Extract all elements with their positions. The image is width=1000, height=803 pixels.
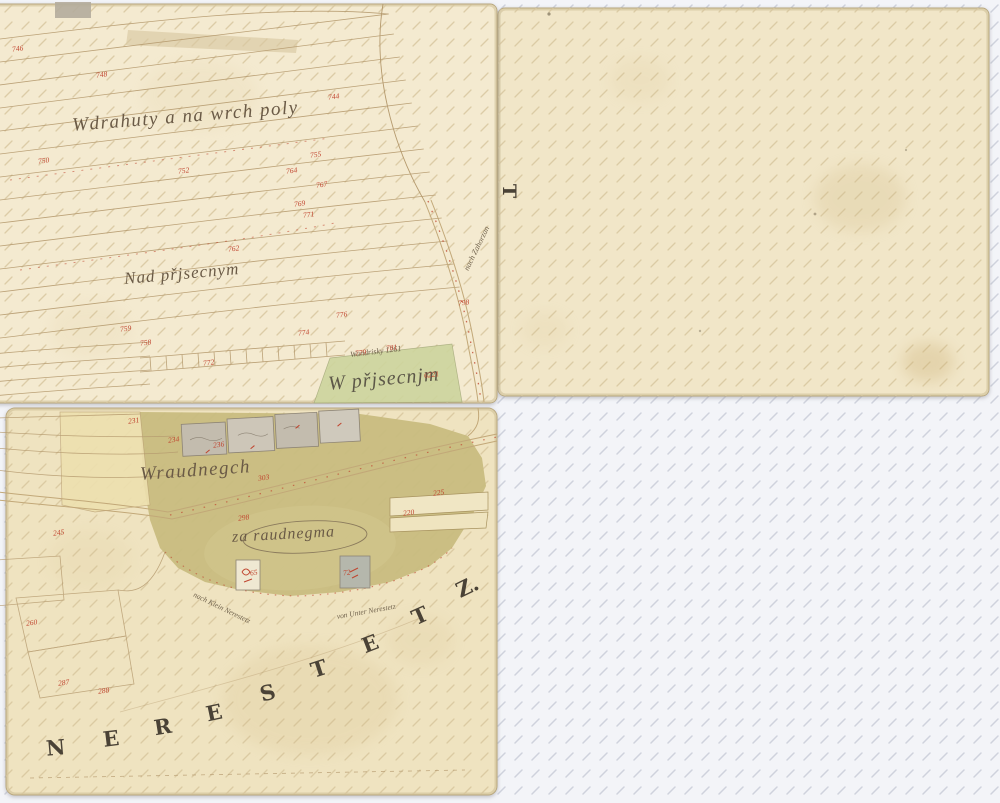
parcel-number: 767	[315, 179, 327, 189]
parcel-number: 769	[293, 198, 305, 208]
sheet-margin-mark-t: T	[498, 184, 520, 198]
parcel-number: 245	[52, 527, 64, 537]
parcel-number: 755	[309, 149, 321, 159]
parcel-number: 759	[119, 323, 131, 333]
sheet-top-left	[0, 2, 497, 403]
parcel-number: 260	[25, 617, 37, 627]
parcel-number: 752	[177, 165, 189, 175]
sheet-top-right	[498, 8, 989, 396]
parcel-number: 744	[327, 91, 339, 101]
parcel-number: 772	[202, 357, 214, 367]
parcel-number: 779	[354, 347, 366, 357]
parcel-number: 746	[11, 43, 23, 53]
parcel-number: 72	[342, 568, 351, 578]
parcel-number: 303	[257, 472, 269, 482]
parcel-number: 298	[237, 512, 249, 522]
corner-patch	[55, 2, 91, 18]
parcel-number: 220	[402, 507, 414, 517]
parcel-number: 748	[95, 69, 107, 79]
parcel-number: 234	[167, 434, 179, 444]
place-name-letter: E	[102, 725, 121, 752]
parcel-number: 750	[37, 155, 49, 165]
parcel-number: 758	[139, 337, 151, 347]
yellow-parcel	[60, 412, 150, 512]
parcel-number: 764	[285, 165, 297, 175]
scanned-cadastral-map: Wdrahuty a na wrch poly Nad přjsecnym W …	[0, 0, 1000, 803]
place-name-letter: R	[152, 713, 173, 740]
parcel-number: 225	[432, 487, 444, 497]
parcel-number: 774	[297, 327, 309, 337]
parcel-number: 236	[212, 439, 224, 449]
parcel-number: 65	[249, 568, 258, 578]
parcel-number: 798	[457, 297, 469, 307]
parcel-number: 287	[57, 677, 69, 687]
place-name-letter: N	[45, 734, 66, 761]
parcel-number: 231	[127, 415, 139, 425]
parcel-number: 762	[227, 243, 239, 253]
parcel-number: 781	[385, 342, 397, 352]
parcel-number: 771	[302, 209, 314, 219]
parcel-number: 776	[335, 309, 347, 319]
parcel-number: 288	[97, 685, 109, 695]
